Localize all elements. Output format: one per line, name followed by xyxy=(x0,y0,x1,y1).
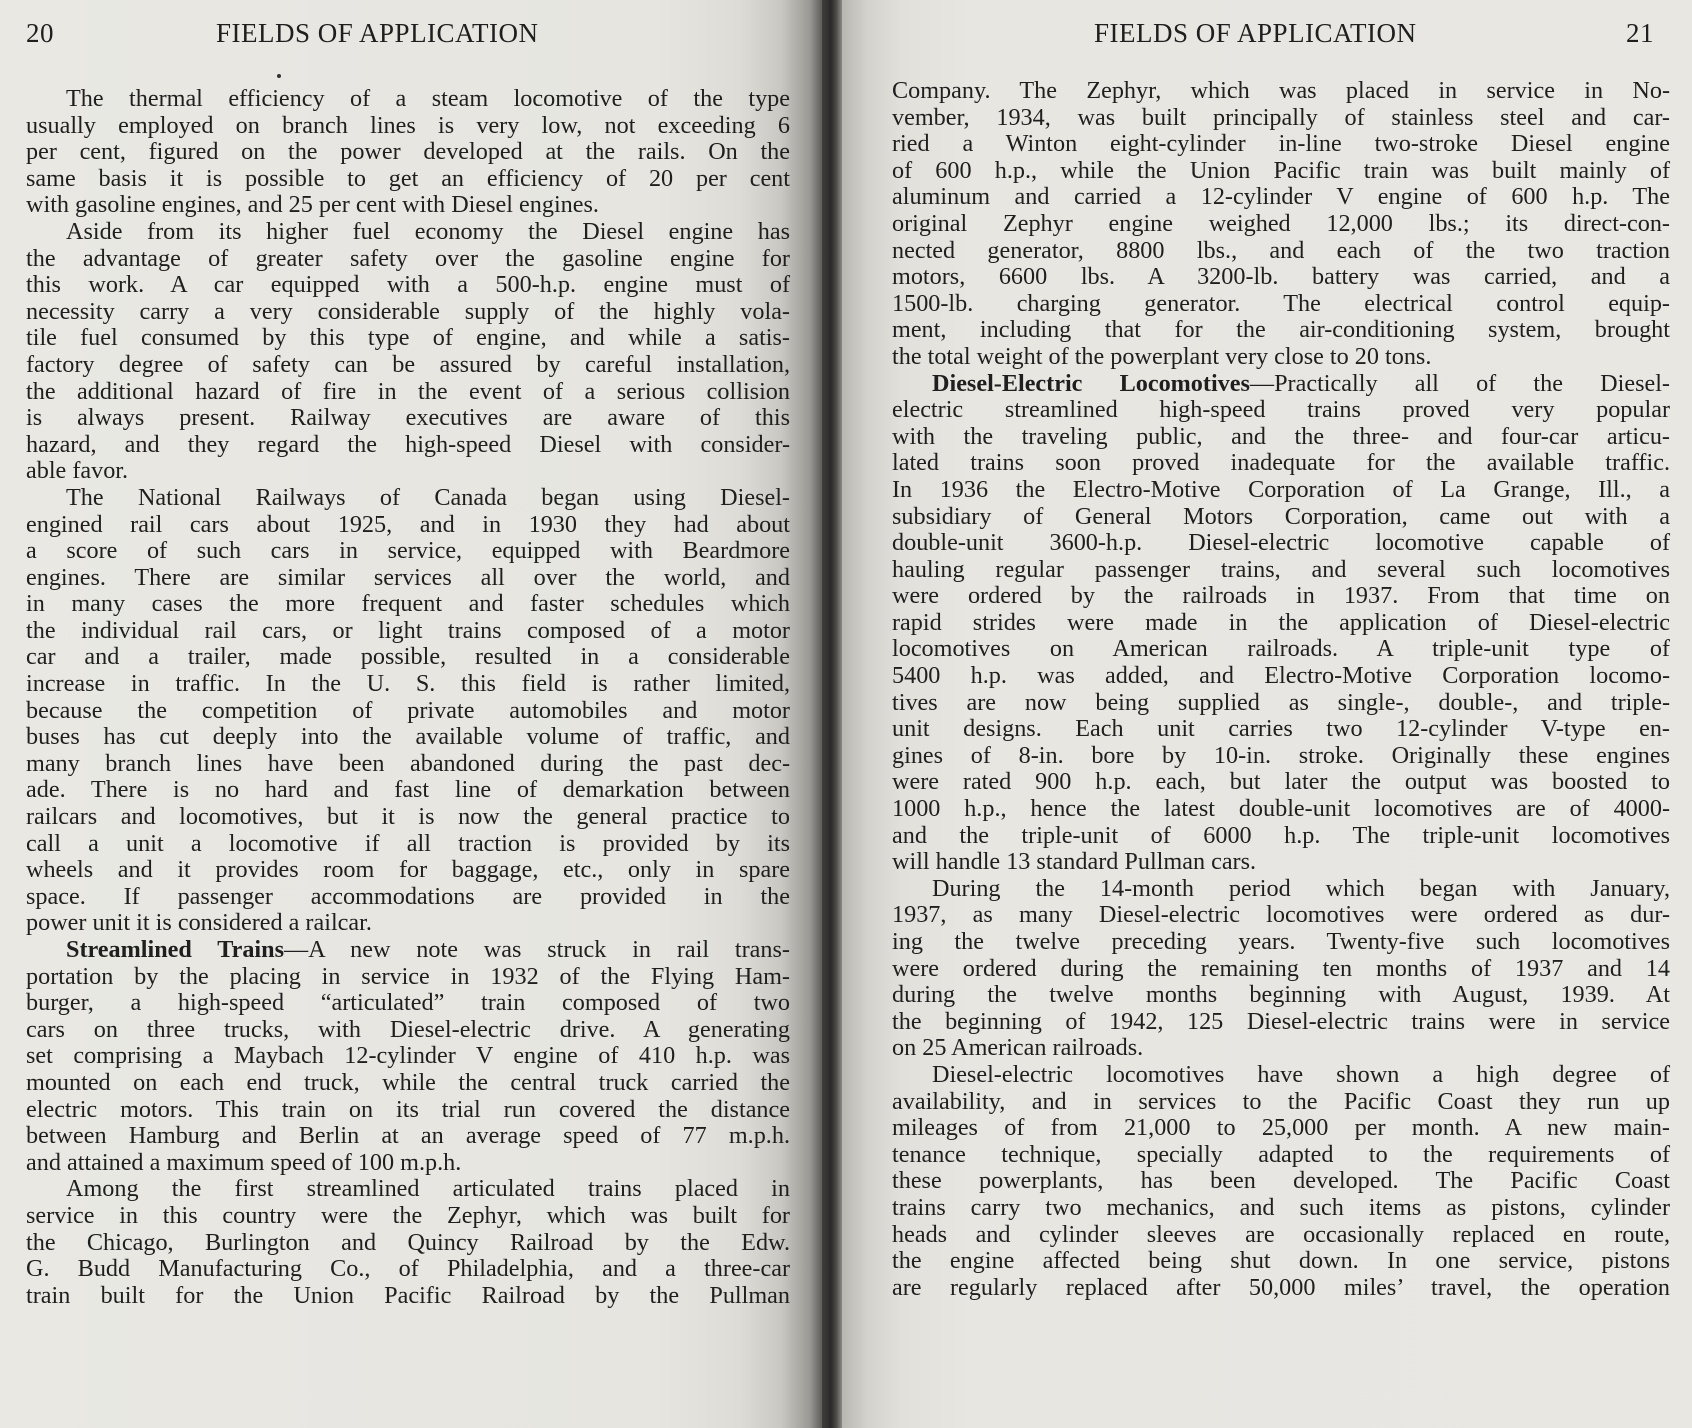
text-line: wheels and it provides room for baggage,… xyxy=(26,857,790,884)
text-line: original Zephyr engine weighed 12,000 lb… xyxy=(892,211,1670,238)
text-line: ried a Winton eight-cylinder in-line two… xyxy=(892,131,1670,158)
text-line: the advantage of greater safety over the… xyxy=(26,246,790,273)
line-text: are regularly replaced after 50,000 mile… xyxy=(892,1274,1670,1301)
text-line: during the twelve months beginning with … xyxy=(892,982,1670,1009)
text-line: tile fuel consumed by this type of engin… xyxy=(26,325,790,352)
text-line: on 25 American railroads. xyxy=(892,1035,1670,1062)
text-line: were ordered during the remaining ten mo… xyxy=(892,956,1670,983)
line-text: unit designs. Each unit carries two 12-c… xyxy=(892,715,1670,742)
text-line: engines. There are similar services all … xyxy=(26,565,790,592)
section-heading: Diesel-Electric Locomotives xyxy=(932,370,1250,397)
line-text: double-unit 3600-h.p. Diesel-electric lo… xyxy=(892,529,1670,556)
text-line: were ordered by the railroads in 1937. F… xyxy=(892,583,1670,610)
text-line: lated trains soon proved inadequate for … xyxy=(892,450,1670,477)
text-line: many branch lines have been abandoned du… xyxy=(26,751,790,778)
text-line: ade. There is no hard and fast line of d… xyxy=(26,777,790,804)
book-spread: 20 FIELDS OF APPLICATION The thermal eff… xyxy=(0,0,1692,1428)
line-text: aluminum and carried a 12-cylinder V eng… xyxy=(892,183,1670,210)
text-line: portation by the placing in service in 1… xyxy=(26,964,790,991)
line-text: able favor. xyxy=(26,457,128,484)
line-text: —A new note was struck in rail trans- xyxy=(284,936,790,963)
text-line: heads and cylinder sleeves are occasiona… xyxy=(892,1222,1670,1249)
text-line: will handle 13 standard Pullman cars. xyxy=(892,849,1670,876)
text-line: hazard, and they regard the high-speed D… xyxy=(26,432,790,459)
line-text: these powerplants, has been developed. T… xyxy=(892,1167,1670,1194)
text-line: are regularly replaced after 50,000 mile… xyxy=(892,1275,1670,1302)
text-line: 5400 h.p. was added, and Electro-Motive … xyxy=(892,663,1670,690)
text-line: In 1936 the Electro-Motive Corporation o… xyxy=(892,477,1670,504)
line-text: in many cases the more frequent and fast… xyxy=(26,590,790,617)
line-text: many branch lines have been abandoned du… xyxy=(26,750,790,777)
line-text: increase in traffic. In the U. S. this f… xyxy=(26,670,790,697)
line-text: engines. There are similar services all … xyxy=(26,564,790,591)
left-body-text: The thermal efficiency of a steam locomo… xyxy=(26,86,790,1309)
line-text: ment, including that for the air-conditi… xyxy=(892,316,1670,343)
line-text: were ordered during the remaining ten mo… xyxy=(892,955,1670,982)
line-text: wheels and it provides room for baggage,… xyxy=(26,856,790,883)
text-line: necessity carry a very considerable supp… xyxy=(26,299,790,326)
book-gutter xyxy=(822,0,842,1428)
text-line: motors, 6600 lbs. A 3200-lb. battery was… xyxy=(892,264,1670,291)
text-line: with the traveling public, and the three… xyxy=(892,424,1670,451)
text-line: the individual rail cars, or light train… xyxy=(26,618,790,645)
line-text: call a unit a locomotive if all traction… xyxy=(26,830,790,857)
text-line: car and a trailer, made possible, result… xyxy=(26,644,790,671)
line-text: rapid strides were made in the applicati… xyxy=(892,609,1670,636)
text-line: same basis it is possible to get an effi… xyxy=(26,166,790,193)
line-text: The National Railways of Canada began us… xyxy=(66,484,790,511)
text-line: engined rail cars about 1925, and in 193… xyxy=(26,512,790,539)
text-line: power unit it is considered a railcar. xyxy=(26,910,790,937)
line-text: per cent, figured on the power developed… xyxy=(26,138,790,165)
text-line: electric streamlined high-speed trains p… xyxy=(892,397,1670,424)
left-page-number: 20 xyxy=(26,18,54,49)
line-text: service in this country were the Zephyr,… xyxy=(26,1202,790,1229)
text-line: the total weight of the powerplant very … xyxy=(892,344,1670,371)
text-line: G. Budd Manufacturing Co., of Philadelph… xyxy=(26,1256,790,1283)
line-text: car and a trailer, made possible, result… xyxy=(26,643,790,670)
text-line: Streamlined Trains—A new note was struck… xyxy=(26,937,790,964)
text-line: unit designs. Each unit carries two 12-c… xyxy=(892,716,1670,743)
text-line: electric motors. This train on its trial… xyxy=(26,1097,790,1124)
text-line: hauling regular passenger trains, and se… xyxy=(892,557,1670,584)
line-text: tile fuel consumed by this type of engin… xyxy=(26,324,790,351)
line-text: same basis it is possible to get an effi… xyxy=(26,165,790,192)
line-text: a score of such cars in service, equippe… xyxy=(26,537,790,564)
line-text: locomotives on American railroads. A tri… xyxy=(892,635,1670,662)
text-line: this work. A car equipped with a 500-h.p… xyxy=(26,272,790,299)
text-line: usually employed on branch lines is very… xyxy=(26,113,790,140)
text-line: nected generator, 8800 lbs., and each of… xyxy=(892,238,1670,265)
line-text: and the triple-unit of 6000 h.p. The tri… xyxy=(892,822,1670,849)
text-line: The thermal efficiency of a steam locomo… xyxy=(26,86,790,113)
line-text: tives are now being supplied as single-,… xyxy=(892,689,1670,716)
text-line: availability, and in services to the Pac… xyxy=(892,1089,1670,1116)
text-line: trains carry two mechanics, and such ite… xyxy=(892,1195,1670,1222)
print-speck xyxy=(277,74,281,78)
left-page: 20 FIELDS OF APPLICATION The thermal eff… xyxy=(0,0,822,1428)
line-text: on 25 American railroads. xyxy=(892,1034,1143,1061)
line-text: and attained a maximum speed of 100 m.p.… xyxy=(26,1149,461,1176)
text-line: space. If passenger accommodations are p… xyxy=(26,884,790,911)
text-line: call a unit a locomotive if all traction… xyxy=(26,831,790,858)
line-text: burger, a high-speed “articulated” train… xyxy=(26,989,790,1016)
line-text: the beginning of 1942, 125 Diesel-electr… xyxy=(892,1008,1670,1035)
text-line: because the competition of private autom… xyxy=(26,698,790,725)
line-text: cars on three trucks, with Diesel-electr… xyxy=(26,1016,790,1043)
line-text: gines of 8-in. bore by 10-in. stroke. Or… xyxy=(892,742,1670,769)
right-running-head-title: FIELDS OF APPLICATION xyxy=(1094,18,1417,49)
line-text: power unit it is considered a railcar. xyxy=(26,909,372,936)
line-text: this work. A car equipped with a 500-h.p… xyxy=(26,271,790,298)
text-line: locomotives on American railroads. A tri… xyxy=(892,636,1670,663)
text-line: 1937, as many Diesel-electric locomotive… xyxy=(892,902,1670,929)
line-text: —Practically all of the Diesel- xyxy=(1250,370,1670,397)
text-line: railcars and locomotives, but it is now … xyxy=(26,804,790,831)
line-text: 5400 h.p. was added, and Electro-Motive … xyxy=(892,662,1670,689)
right-page-number: 21 xyxy=(1626,18,1654,49)
line-text: the Chicago, Burlington and Quincy Railr… xyxy=(26,1229,790,1256)
text-line: vember, 1934, was built principally of s… xyxy=(892,105,1670,132)
text-line: between Hamburg and Berlin at an average… xyxy=(26,1123,790,1150)
line-text: usually employed on branch lines is very… xyxy=(26,112,790,139)
line-text: subsidiary of General Motors Corporation… xyxy=(892,503,1670,530)
line-text: the total weight of the powerplant very … xyxy=(892,343,1431,370)
text-line: cars on three trucks, with Diesel-electr… xyxy=(26,1017,790,1044)
line-text: availability, and in services to the Pac… xyxy=(892,1088,1670,1115)
line-text: Aside from its higher fuel economy the D… xyxy=(66,218,790,245)
line-text: the individual rail cars, or light train… xyxy=(26,617,790,644)
line-text: In 1936 the Electro-Motive Corporation o… xyxy=(892,476,1670,503)
text-line: burger, a high-speed “articulated” train… xyxy=(26,990,790,1017)
line-text: mileages of from 21,000 to 25,000 per mo… xyxy=(892,1114,1670,1141)
line-text: factory degree of safety can be assured … xyxy=(26,351,790,378)
line-text: vember, 1934, was built principally of s… xyxy=(892,104,1670,131)
text-line: set comprising a Maybach 12-cylinder V e… xyxy=(26,1043,790,1070)
section-heading: Streamlined Trains xyxy=(66,936,284,963)
line-text: heads and cylinder sleeves are occasiona… xyxy=(892,1221,1670,1248)
text-line: is always present. Railway executives ar… xyxy=(26,405,790,432)
line-text: mounted on each end truck, while the cen… xyxy=(26,1069,790,1096)
right-body-text: Company. The Zephyr, which was placed in… xyxy=(892,78,1670,1301)
line-text: train built for the Union Pacific Railro… xyxy=(26,1282,790,1309)
text-line: were rated 900 h.p. each, but later the … xyxy=(892,769,1670,796)
line-text: 1937, as many Diesel-electric locomotive… xyxy=(892,901,1670,928)
text-line: in many cases the more frequent and fast… xyxy=(26,591,790,618)
line-text: with gasoline engines, and 25 per cent w… xyxy=(26,191,599,218)
text-line: mounted on each end truck, while the cen… xyxy=(26,1070,790,1097)
text-line: train built for the Union Pacific Railro… xyxy=(26,1283,790,1310)
text-line: a score of such cars in service, equippe… xyxy=(26,538,790,565)
text-line: service in this country were the Zephyr,… xyxy=(26,1203,790,1230)
line-text: Company. The Zephyr, which was placed in… xyxy=(892,77,1670,104)
text-line: Among the first streamlined articulated … xyxy=(26,1176,790,1203)
text-line: buses has cut deeply into the available … xyxy=(26,724,790,751)
line-text: railcars and locomotives, but it is now … xyxy=(26,803,790,830)
text-line: increase in traffic. In the U. S. this f… xyxy=(26,671,790,698)
line-text: engined rail cars about 1925, and in 193… xyxy=(26,511,790,538)
line-text: lated trains soon proved inadequate for … xyxy=(892,449,1670,476)
text-line: the Chicago, Burlington and Quincy Railr… xyxy=(26,1230,790,1257)
text-line: tives are now being supplied as single-,… xyxy=(892,690,1670,717)
text-line: subsidiary of General Motors Corporation… xyxy=(892,504,1670,531)
line-text: were rated 900 h.p. each, but later the … xyxy=(892,768,1670,795)
line-text: ing the twelve preceding years. Twenty-f… xyxy=(892,928,1670,955)
text-line: aluminum and carried a 12-cylinder V eng… xyxy=(892,184,1670,211)
line-text: ade. There is no hard and fast line of d… xyxy=(26,776,790,803)
text-line: tenance technique, specially adapted to … xyxy=(892,1142,1670,1169)
line-text: electric motors. This train on its trial… xyxy=(26,1096,790,1123)
line-text: is always present. Railway executives ar… xyxy=(26,404,790,431)
text-line: the beginning of 1942, 125 Diesel-electr… xyxy=(892,1009,1670,1036)
line-text: were ordered by the railroads in 1937. F… xyxy=(892,582,1670,609)
text-line: Company. The Zephyr, which was placed in… xyxy=(892,78,1670,105)
text-line: ment, including that for the air-conditi… xyxy=(892,317,1670,344)
line-text: the advantage of greater safety over the… xyxy=(26,245,790,272)
text-line: 1500-lb. charging generator. The electri… xyxy=(892,291,1670,318)
text-line: factory degree of safety can be assured … xyxy=(26,352,790,379)
line-text: of 600 h.p., while the Union Pacific tra… xyxy=(892,157,1670,184)
text-line: rapid strides were made in the applicati… xyxy=(892,610,1670,637)
text-line: Diesel-electric locomotives have shown a… xyxy=(892,1062,1670,1089)
text-line: and the triple-unit of 6000 h.p. The tri… xyxy=(892,823,1670,850)
text-line: ing the twelve preceding years. Twenty-f… xyxy=(892,929,1670,956)
text-line: these powerplants, has been developed. T… xyxy=(892,1168,1670,1195)
line-text: nected generator, 8800 lbs., and each of… xyxy=(892,237,1670,264)
line-text: motors, 6600 lbs. A 3200-lb. battery was… xyxy=(892,263,1670,290)
text-line: and attained a maximum speed of 100 m.p.… xyxy=(26,1150,790,1177)
line-text: Among the first streamlined articulated … xyxy=(66,1175,790,1202)
line-text: the engine affected being shut down. In … xyxy=(892,1247,1670,1274)
line-text: necessity carry a very considerable supp… xyxy=(26,298,790,325)
line-text: Diesel-electric locomotives have shown a… xyxy=(932,1061,1670,1088)
text-line: The National Railways of Canada began us… xyxy=(26,485,790,512)
line-text: set comprising a Maybach 12-cylinder V e… xyxy=(26,1042,790,1069)
line-text: original Zephyr engine weighed 12,000 lb… xyxy=(892,210,1670,237)
text-line: Aside from its higher fuel economy the D… xyxy=(26,219,790,246)
line-text: electric streamlined high-speed trains p… xyxy=(892,396,1670,423)
text-line: with gasoline engines, and 25 per cent w… xyxy=(26,192,790,219)
line-text: 1000 h.p., hence the latest double-unit … xyxy=(892,795,1670,822)
text-line: During the 14-month period which began w… xyxy=(892,876,1670,903)
line-text: buses has cut deeply into the available … xyxy=(26,723,790,750)
text-line: 1000 h.p., hence the latest double-unit … xyxy=(892,796,1670,823)
line-text: tenance technique, specially adapted to … xyxy=(892,1141,1670,1168)
line-text: the additional hazard of fire in the eve… xyxy=(26,378,790,405)
line-text: G. Budd Manufacturing Co., of Philadelph… xyxy=(26,1255,790,1282)
text-line: of 600 h.p., while the Union Pacific tra… xyxy=(892,158,1670,185)
text-line: able favor. xyxy=(26,458,790,485)
line-text: 1500-lb. charging generator. The electri… xyxy=(892,290,1670,317)
line-text: The thermal efficiency of a steam locomo… xyxy=(66,85,790,112)
line-text: portation by the placing in service in 1… xyxy=(26,963,790,990)
line-text: hazard, and they regard the high-speed D… xyxy=(26,431,790,458)
text-line: per cent, figured on the power developed… xyxy=(26,139,790,166)
line-text: During the 14-month period which began w… xyxy=(932,875,1670,902)
text-line: Diesel-Electric Locomotives—Practically … xyxy=(892,371,1670,398)
line-text: hauling regular passenger trains, and se… xyxy=(892,556,1670,583)
line-text: with the traveling public, and the three… xyxy=(892,423,1670,450)
right-page: FIELDS OF APPLICATION 21 Company. The Ze… xyxy=(842,0,1692,1428)
line-text: trains carry two mechanics, and such ite… xyxy=(892,1194,1670,1221)
text-line: the additional hazard of fire in the eve… xyxy=(26,379,790,406)
line-text: between Hamburg and Berlin at an average… xyxy=(26,1122,790,1149)
line-text: ried a Winton eight-cylinder in-line two… xyxy=(892,130,1670,157)
line-text: during the twelve months beginning with … xyxy=(892,981,1670,1008)
line-text: will handle 13 standard Pullman cars. xyxy=(892,848,1256,875)
line-text: because the competition of private autom… xyxy=(26,697,790,724)
text-line: mileages of from 21,000 to 25,000 per mo… xyxy=(892,1115,1670,1142)
text-line: the engine affected being shut down. In … xyxy=(892,1248,1670,1275)
line-text: space. If passenger accommodations are p… xyxy=(26,883,790,910)
text-line: gines of 8-in. bore by 10-in. stroke. Or… xyxy=(892,743,1670,770)
left-running-head-title: FIELDS OF APPLICATION xyxy=(216,18,539,49)
text-line: double-unit 3600-h.p. Diesel-electric lo… xyxy=(892,530,1670,557)
